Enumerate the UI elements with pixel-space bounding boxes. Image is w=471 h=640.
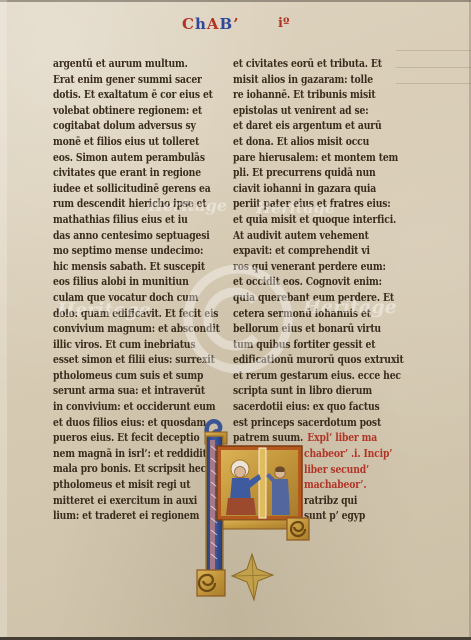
text-line: cetera sermonū iohannis et [233, 306, 381, 322]
text-line: serunt arma sua: et intraverūt [53, 383, 201, 399]
photo-edge-left [0, 0, 7, 640]
text-line: illic viros. Et cum inebriatus [53, 337, 201, 353]
text-column-right: et civitates eorū et tributa. Etmisit al… [233, 56, 409, 430]
text-beside-initial: chabeor’ .i. Incip’liber secund’machabeo… [304, 446, 414, 524]
text-line: mitteret ei exercitum in auxi [53, 493, 201, 509]
text-line: quia querebant eum perdere. Et [233, 290, 381, 306]
running-title: ChAB’ [182, 15, 239, 33]
initial-miniature-panel [217, 446, 302, 520]
text-line: Erat enim gener summi sacer [53, 72, 201, 88]
text-line: eos filius alobi in munitiun [53, 274, 201, 290]
text-line: eos. Simon autem perambulās [53, 150, 201, 166]
running-title-letter: B [220, 15, 234, 33]
text-line: das anno centesimo septuagesi [53, 228, 201, 244]
photo-edge-top [0, 0, 471, 2]
text-line: cogitabat dolum adversus sy [53, 118, 201, 134]
text-line: ciavit iohanni in gazara quia [233, 181, 381, 197]
text-line: rum descendit hiericho ipse et [53, 196, 201, 212]
text-line: convivium magnum: et abscondit [53, 321, 201, 337]
text-line: edificationū murorū quos extruxit [233, 352, 381, 368]
chapter-numeral: iº [278, 16, 289, 31]
text-line: et daret eis argentum et aurū [233, 118, 381, 134]
text-line: et civitates eorū et tributa. Et [233, 56, 381, 72]
text-line: expavit: et comprehendit vi [233, 243, 381, 259]
text-line: pueros eius. Et fecit deceptio [53, 430, 201, 446]
manuscript-photo: ChAB’ iº argentū et aurum multum.Erat en… [0, 0, 471, 640]
text-line: civitates que erant in regione [53, 165, 201, 181]
initial-middle-arm [223, 520, 289, 529]
running-title-letter: C [182, 15, 195, 33]
text-line: mo septimo mense undecimo: [53, 243, 201, 259]
text-line: et dona. Et alios misit occu [233, 134, 381, 150]
text-line: misit alios in gazaram: tolle [233, 72, 381, 88]
text-line: dotis. Et exaltatum ē cor eius et [53, 87, 201, 103]
text-line: lium: et traderet ei regionem [53, 508, 201, 524]
text-line: pare hierusalem: et montem tem [233, 150, 381, 166]
text-line: dolo: quam edificavit. Et fecit eis [53, 306, 201, 322]
text-line: ros qui venerant perdere eum: [233, 259, 381, 275]
running-title-letter: h [195, 15, 207, 33]
text-line: hic mensis sabath. Et suscepit [53, 259, 201, 275]
text-line: volebat obtinere regionem: et [53, 103, 201, 119]
running-title-letter: ’ [233, 15, 239, 33]
text-line: mala pro bonis. Et scripsit hec [53, 461, 201, 477]
text-line: et duos filios eius: et quosdam [53, 415, 201, 431]
text-line: At audivit autem vehement [233, 228, 381, 244]
text-line: et quia misit et quoque interfici. [233, 212, 381, 228]
text-line: ptholomeus cum suis et sump [53, 368, 201, 384]
text-line: in convivium: et occiderunt eum [53, 399, 201, 415]
text-line: mathathias filius eius et iu [53, 212, 201, 228]
text-line: nem magnā in isrl’: et reddidit [53, 446, 201, 462]
text-line: pli. Et precurrens quidā nun [233, 165, 381, 181]
text-line: argentū et aurum multum. [53, 56, 201, 72]
text-line: monē et filios eius ut tolleret [53, 134, 201, 150]
text-line: et occidit eos. Cognovit enim: [233, 274, 381, 290]
text-line: et rerum gestarum eius. ecce hec [233, 368, 381, 384]
text-line: periit pater eius et fratres eius: [233, 196, 381, 212]
ruling-line [396, 50, 471, 51]
text-line: tum quibus fortiter gessit et [233, 337, 381, 353]
text-line: culam que vocatur doch cum [53, 290, 201, 306]
text-line: ptholomeus et misit regi ut [53, 477, 201, 493]
text-line: epistolas ut venirent ad se: [233, 103, 381, 119]
running-title-letter: A [207, 15, 220, 33]
text-line: bellorum eius et bonarū virtu [233, 321, 381, 337]
text-line: re iohannē. Et tribunis misit [233, 87, 381, 103]
historiated-initial-F [193, 394, 319, 610]
text-line: esset simon et filii eius: surrexit [53, 352, 201, 368]
text-line: iudee et sollicitudinē gerens ea [53, 181, 201, 197]
